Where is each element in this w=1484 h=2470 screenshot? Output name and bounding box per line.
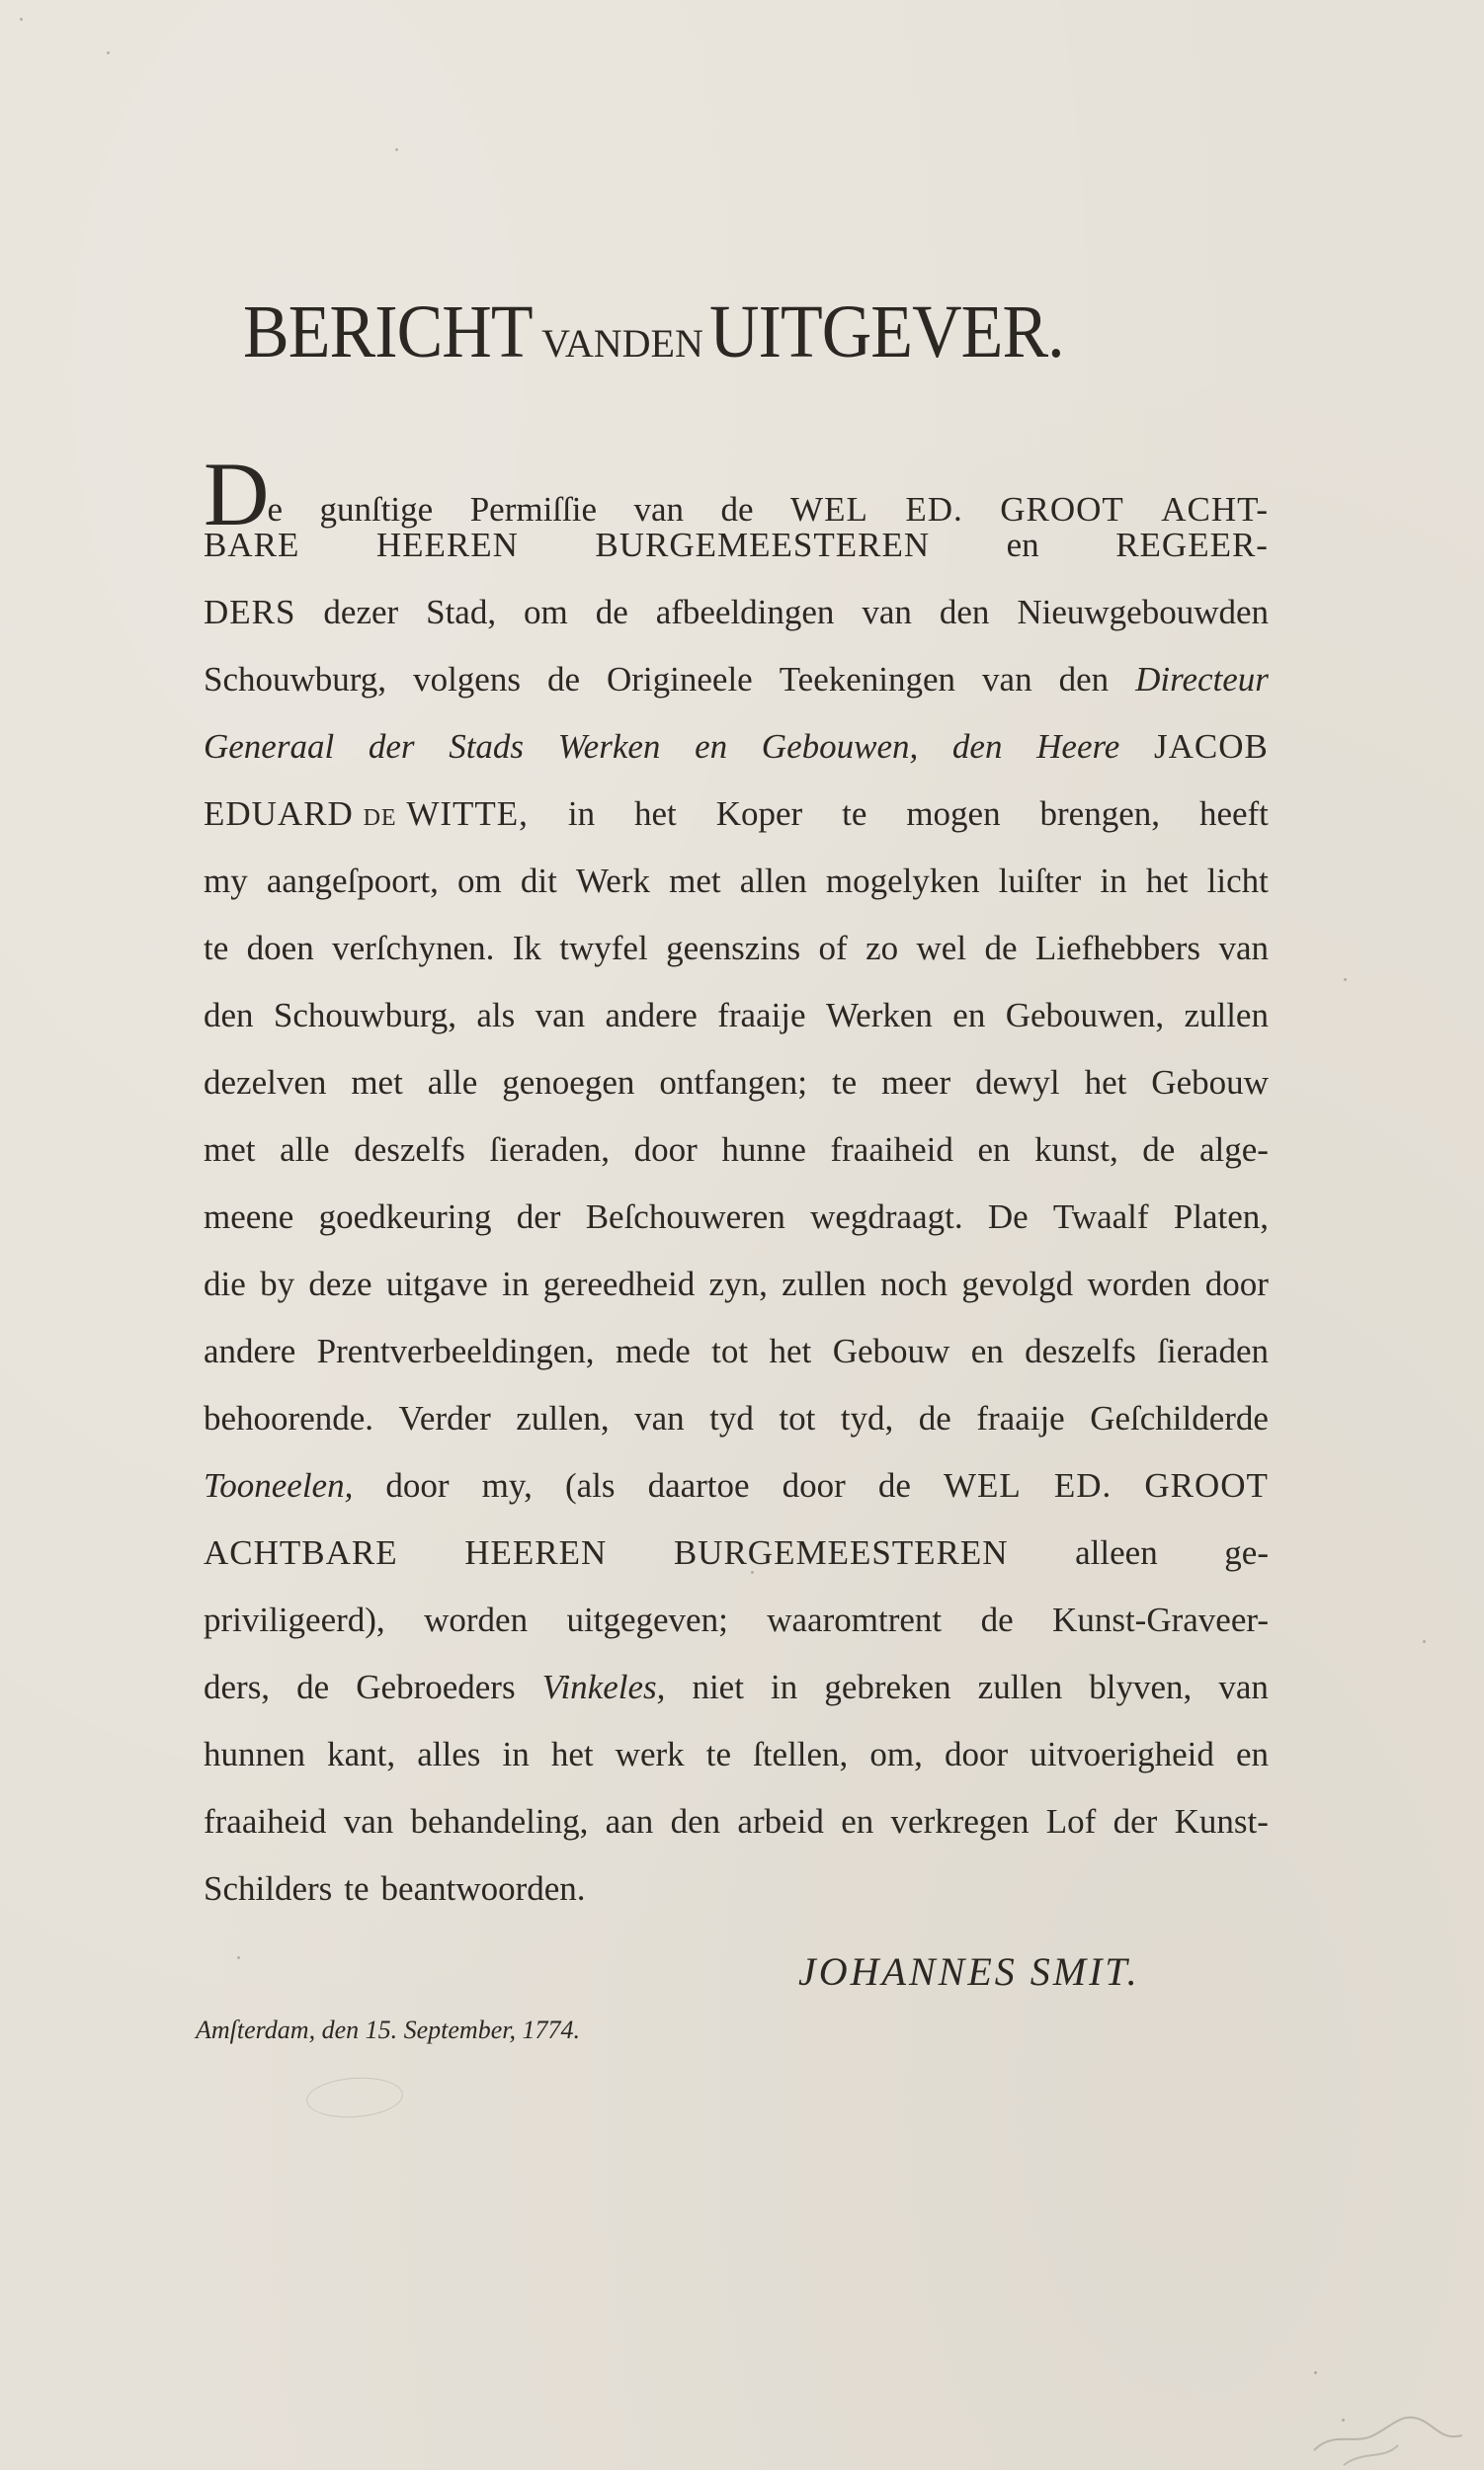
word: doen (247, 915, 314, 982)
word: genoegen (502, 1049, 634, 1116)
word: Gebroeders (356, 1654, 515, 1721)
word: tot (711, 1318, 748, 1385)
body-line: behoorende. Verder zullen, van tyd tot t… (204, 1385, 1269, 1452)
word: den (671, 1788, 721, 1855)
word: uitvoerigheid (1030, 1721, 1214, 1788)
word: Schouwburg, (204, 646, 386, 713)
word: Werk (576, 848, 650, 915)
body-line: den Schouwburg, als van andere fraaije W… (204, 982, 1269, 1049)
word: EDUARD DE WITTE, (204, 781, 529, 852)
word: zo (866, 915, 898, 982)
word: priviligeerd), (204, 1587, 385, 1654)
word: JACOB (1154, 713, 1269, 781)
word: Schouwburg, (274, 982, 456, 1049)
word: de (981, 1587, 1014, 1654)
body-line: andere Prentverbeeldingen, mede tot het … (204, 1318, 1269, 1385)
word: gevolgd (961, 1251, 1073, 1318)
word: door (783, 1452, 846, 1520)
word: Schilders (204, 1855, 332, 1923)
body-line: Schilders te beantwoorden. (204, 1855, 1269, 1923)
pencil-scribble (1304, 2391, 1482, 2470)
word: de (547, 646, 580, 713)
word: brengen, (1040, 781, 1160, 848)
word: door (385, 1452, 449, 1520)
body-line: die by deze uitgave in gereedheid zyn, z… (204, 1251, 1269, 1318)
word: zyn, (709, 1251, 768, 1318)
word: alge- (1199, 1116, 1269, 1184)
word: in (502, 1251, 529, 1318)
word: Kunst- (1175, 1788, 1269, 1855)
word: Directeur (1135, 646, 1269, 713)
word: Nieuwgebouwden (1017, 579, 1269, 646)
date-line: Amſterdam, den 15. September, 1774. (196, 2016, 580, 2045)
word: der (1113, 1788, 1158, 1855)
word: ED. (1054, 1452, 1112, 1520)
word: zullen (782, 1251, 866, 1318)
word: tot (779, 1385, 815, 1452)
word: alle (428, 1049, 478, 1116)
word: van (634, 1385, 685, 1452)
word: deszelfs (354, 1116, 465, 1184)
body-line: meene goedkeuring der Beſchouweren wegdr… (204, 1184, 1269, 1251)
word: Ik (513, 915, 541, 982)
word: dezer (323, 579, 398, 646)
publisher-signature: JOHANNES SMIT. (798, 1948, 1140, 1995)
word: Verder (399, 1385, 491, 1452)
word: geenszins (666, 915, 800, 982)
word: met (669, 848, 720, 915)
word: die (204, 1251, 246, 1318)
drop-cap: D (204, 449, 269, 539)
word: om (524, 579, 568, 646)
word: ge- (1224, 1520, 1269, 1587)
word: blyven, (1089, 1654, 1192, 1721)
word: gebreken (824, 1654, 950, 1721)
word: kunst, (1034, 1116, 1118, 1184)
word: den (1059, 646, 1110, 713)
word: Lof (1046, 1788, 1097, 1855)
word: Werken (558, 713, 661, 781)
word: den (940, 579, 990, 646)
word: en (971, 1318, 1004, 1385)
word: zullen (978, 1654, 1063, 1721)
paper-speck (1423, 1640, 1426, 1643)
word: alleen (1075, 1520, 1158, 1587)
word-part: WITTE, (406, 794, 529, 833)
word: afbeeldingen (656, 579, 835, 646)
title-uitgever: UITGEVER. (709, 294, 1064, 370)
word: van (344, 1788, 394, 1855)
word: by (260, 1251, 294, 1318)
word: alle (280, 1116, 330, 1184)
word: goedkeuring (319, 1184, 492, 1251)
paper-speck (20, 18, 23, 21)
word: licht (1207, 848, 1269, 915)
word: verſchynen. (332, 915, 494, 982)
word: Kunst-Graveer- (1052, 1587, 1269, 1654)
word: volgens (413, 646, 521, 713)
word: kant, (327, 1721, 395, 1788)
word: ſtellen, (753, 1721, 848, 1788)
word: om, (869, 1721, 922, 1788)
word: Generaal (204, 713, 334, 781)
word-part: EDUARD (204, 794, 354, 833)
word: het (770, 1318, 812, 1385)
word: den (204, 982, 254, 1049)
word: de (984, 915, 1017, 982)
word: Geſchilderde (1090, 1385, 1269, 1452)
word: de (1142, 1116, 1175, 1184)
word: door (945, 1721, 1008, 1788)
word: HEEREN (464, 1520, 607, 1587)
word: te (842, 781, 866, 848)
word: Gebouw (833, 1318, 950, 1385)
word: de (919, 1385, 951, 1452)
body-line: Schouwburg, volgens de Origineele Teeken… (204, 646, 1269, 713)
word: arbeid (737, 1788, 823, 1855)
word: van (1218, 915, 1269, 982)
word: in (502, 1721, 529, 1788)
body-line: priviligeerd), worden uitgegeven; waarom… (204, 1587, 1269, 1654)
word: met (351, 1049, 402, 1116)
body-line: ders, de Gebroeders Vinkeles, niet in ge… (204, 1654, 1269, 1721)
word: Stads (449, 713, 524, 781)
word: heeft (1199, 781, 1269, 848)
word: zullen, (516, 1385, 609, 1452)
word: Gebouwen, (1006, 982, 1164, 1049)
word: te (344, 1855, 369, 1923)
word: werk (616, 1721, 685, 1788)
body-line: hunnen kant, alles in het werk te ſtelle… (204, 1721, 1269, 1788)
word: en (952, 982, 985, 1049)
word: Twaalf (1053, 1184, 1149, 1251)
word: my (204, 848, 248, 915)
word: noch (880, 1251, 948, 1318)
notice-body: De gunſtige Permiſſie van de WEL ED. GRO… (204, 445, 1269, 1923)
word: niet (692, 1654, 743, 1721)
word: ders, (204, 1654, 270, 1721)
word: allen (740, 848, 807, 915)
word: het (634, 781, 677, 848)
word: meer (881, 1049, 950, 1116)
word: Heere (1036, 713, 1119, 781)
word: te (706, 1721, 731, 1788)
body-line: Generaal der Stads Werken en Gebouwen, d… (204, 713, 1269, 781)
word: van (536, 982, 586, 1049)
word: en (977, 1116, 1010, 1184)
body-line: fraaiheid van behandeling, aan den arbei… (204, 1788, 1269, 1855)
word: WEL (944, 1452, 1022, 1520)
word: als (476, 982, 515, 1049)
word: Platen, (1174, 1184, 1269, 1251)
word: Gebouwen, (762, 713, 918, 781)
word: worden (424, 1587, 528, 1654)
word: dezelven (204, 1049, 326, 1116)
word: mede (616, 1318, 691, 1385)
word: de (596, 579, 628, 646)
paper-speck (107, 51, 110, 54)
body-line: dezelven met alle genoegen ontfangen; te… (204, 1049, 1269, 1116)
word: tyd, (841, 1385, 893, 1452)
word: ſieraden (1157, 1318, 1269, 1385)
word: REGEER- (1115, 512, 1269, 579)
word: mogen (906, 781, 1000, 848)
title-vanden: VANDEN (541, 324, 703, 364)
body-line: ACHTBARE HEEREN BURGEMEESTEREN alleen ge… (204, 1520, 1269, 1587)
word: Origineele (607, 646, 753, 713)
title-bericht: BERICHT (243, 294, 533, 370)
word: door (1205, 1251, 1269, 1318)
body-line: my aangeſpoort, om dit Werk met allen mo… (204, 848, 1269, 915)
word: uitgegeven; (567, 1587, 728, 1654)
word: en (1007, 512, 1039, 579)
word: BURGEMEESTEREN (674, 1520, 1009, 1587)
body-line: DERS dezer Stad, om de afbeeldingen van … (204, 579, 1269, 646)
word: wegdraagt. (810, 1184, 963, 1251)
word: DERS (204, 579, 295, 646)
word: behoorende. (204, 1385, 373, 1452)
word: in (771, 1654, 797, 1721)
word: luiſter (999, 848, 1082, 915)
word: meene (204, 1184, 293, 1251)
word: BURGEMEESTEREN (595, 512, 930, 579)
word: der (369, 713, 415, 781)
page-title: BERICHTVANDENUITGEVER. (243, 294, 1251, 370)
word: mogelyken (826, 848, 980, 915)
word: de (296, 1654, 329, 1721)
word: te (204, 915, 228, 982)
word: verkregen (891, 1788, 1030, 1855)
word: fraaiheid (830, 1116, 952, 1184)
word: ſieraden, (490, 1116, 610, 1184)
body-line: te doen verſchynen. Ik twyfel geenszins … (204, 915, 1269, 982)
word: andere (204, 1318, 295, 1385)
word: aan (606, 1788, 654, 1855)
word: en (841, 1788, 873, 1855)
paper-speck (1344, 978, 1347, 981)
word: en (1236, 1721, 1269, 1788)
word: der (517, 1184, 561, 1251)
word: Tooneelen, (204, 1452, 353, 1520)
paper-speck (1314, 2371, 1317, 2374)
word: het (1146, 848, 1189, 915)
word: twyfel (559, 915, 647, 982)
word: fraaiheid (204, 1788, 326, 1855)
word: De (988, 1184, 1029, 1251)
word: in (1100, 848, 1126, 915)
word: Prentverbeeldingen, (317, 1318, 595, 1385)
word: om (457, 848, 502, 915)
word: andere (606, 982, 698, 1049)
word: deze (308, 1251, 371, 1318)
word: in (568, 781, 595, 848)
word: beantwoorden. (381, 1855, 586, 1923)
word-part: DE (364, 805, 397, 831)
word: waaromtrent (767, 1587, 942, 1654)
word: of (819, 915, 848, 982)
word: alles (417, 1721, 480, 1788)
word: door (634, 1116, 698, 1184)
word: den (952, 713, 1003, 781)
word: HEEREN (376, 512, 519, 579)
word: daartoe (648, 1452, 750, 1520)
word: ACHTBARE (204, 1520, 398, 1587)
word: Koper (716, 781, 802, 848)
paper-speck (395, 148, 398, 151)
word: met (204, 1116, 255, 1184)
word: my, (482, 1452, 533, 1520)
word: Teekeningen (780, 646, 955, 713)
word: wel (917, 915, 967, 982)
word: aangeſpoort, (267, 848, 439, 915)
word: (als (565, 1452, 616, 1520)
word: Stad, (426, 579, 496, 646)
body-line: De gunſtige Permiſſie van de WEL ED. GRO… (204, 445, 1269, 512)
word: en (695, 713, 727, 781)
body-line: Tooneelen, door my, (als daartoe door de… (204, 1452, 1269, 1520)
word: het (1085, 1049, 1127, 1116)
word: het (551, 1721, 594, 1788)
word: Werken (826, 982, 933, 1049)
word: hunne (721, 1116, 806, 1184)
body-line: met alle deszelfs ſieraden, door hunne f… (204, 1116, 1269, 1184)
word: Vinkeles, (542, 1654, 666, 1721)
word: deszelfs (1025, 1318, 1136, 1385)
word: zullen (1184, 982, 1269, 1049)
word: van (982, 646, 1032, 713)
word: fraaije (976, 1385, 1064, 1452)
word: uitgave (386, 1251, 488, 1318)
paper-speck (237, 1956, 240, 1959)
word: Beſchouweren (586, 1184, 785, 1251)
word: de (878, 1452, 911, 1520)
word: behandeling, (411, 1788, 589, 1855)
word: worden (1087, 1251, 1191, 1318)
body-line: EDUARD DE WITTE, in het Koper te mogen b… (204, 781, 1269, 848)
word: gereedheid (543, 1251, 696, 1318)
word: dit (521, 848, 557, 915)
word: GROOT (1144, 1452, 1269, 1520)
word: van (1218, 1654, 1269, 1721)
word: dewyl (975, 1049, 1060, 1116)
word: hunnen (204, 1721, 305, 1788)
word: van (862, 579, 912, 646)
word: tyd (709, 1385, 754, 1452)
word: fraaije (717, 982, 805, 1049)
word: Gebouw (1151, 1049, 1269, 1116)
word: ontfangen; (659, 1049, 807, 1116)
word: Liefhebbers (1035, 915, 1200, 982)
word: te (832, 1049, 857, 1116)
